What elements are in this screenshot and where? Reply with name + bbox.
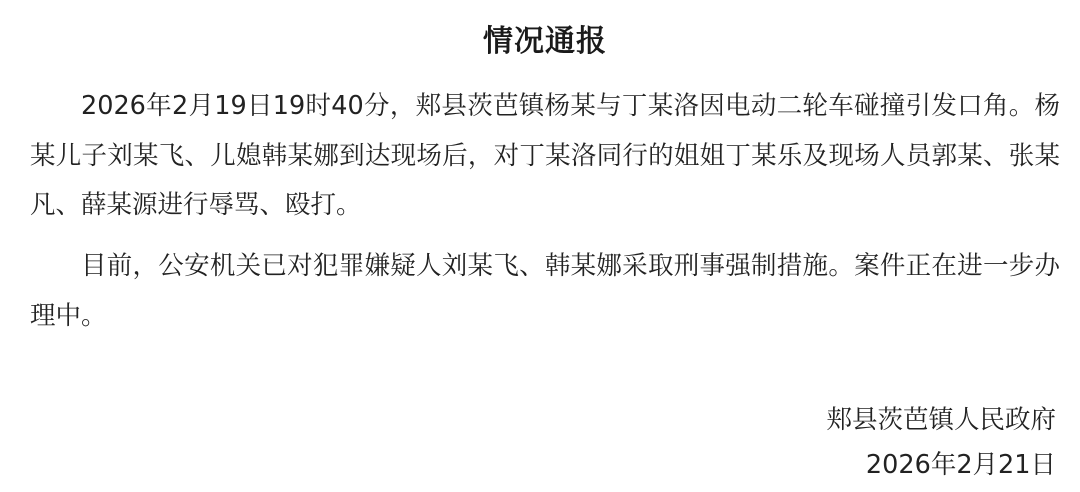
- notice-document: 情况通报 2026年2月19日19时40分，郏县茨芭镇杨某与丁某洛因电动二轮车碰…: [0, 0, 1080, 492]
- notice-title: 情况通报: [0, 22, 1080, 62]
- notice-signature: 郏县茨芭镇人民政府 2026年2月21日: [826, 398, 1056, 488]
- issue-date: 2026年2月21日: [826, 443, 1056, 488]
- notice-paragraph-incident: 2026年2月19日19时40分，郏县茨芭镇杨某与丁某洛因电动二轮车碰撞引发口角…: [30, 82, 1060, 231]
- issuer-name: 郏县茨芭镇人民政府: [826, 398, 1056, 443]
- notice-paragraph-status: 目前，公安机关已对犯罪嫌疑人刘某飞、韩某娜采取刑事强制措施。案件正在进一步办理中…: [30, 242, 1060, 341]
